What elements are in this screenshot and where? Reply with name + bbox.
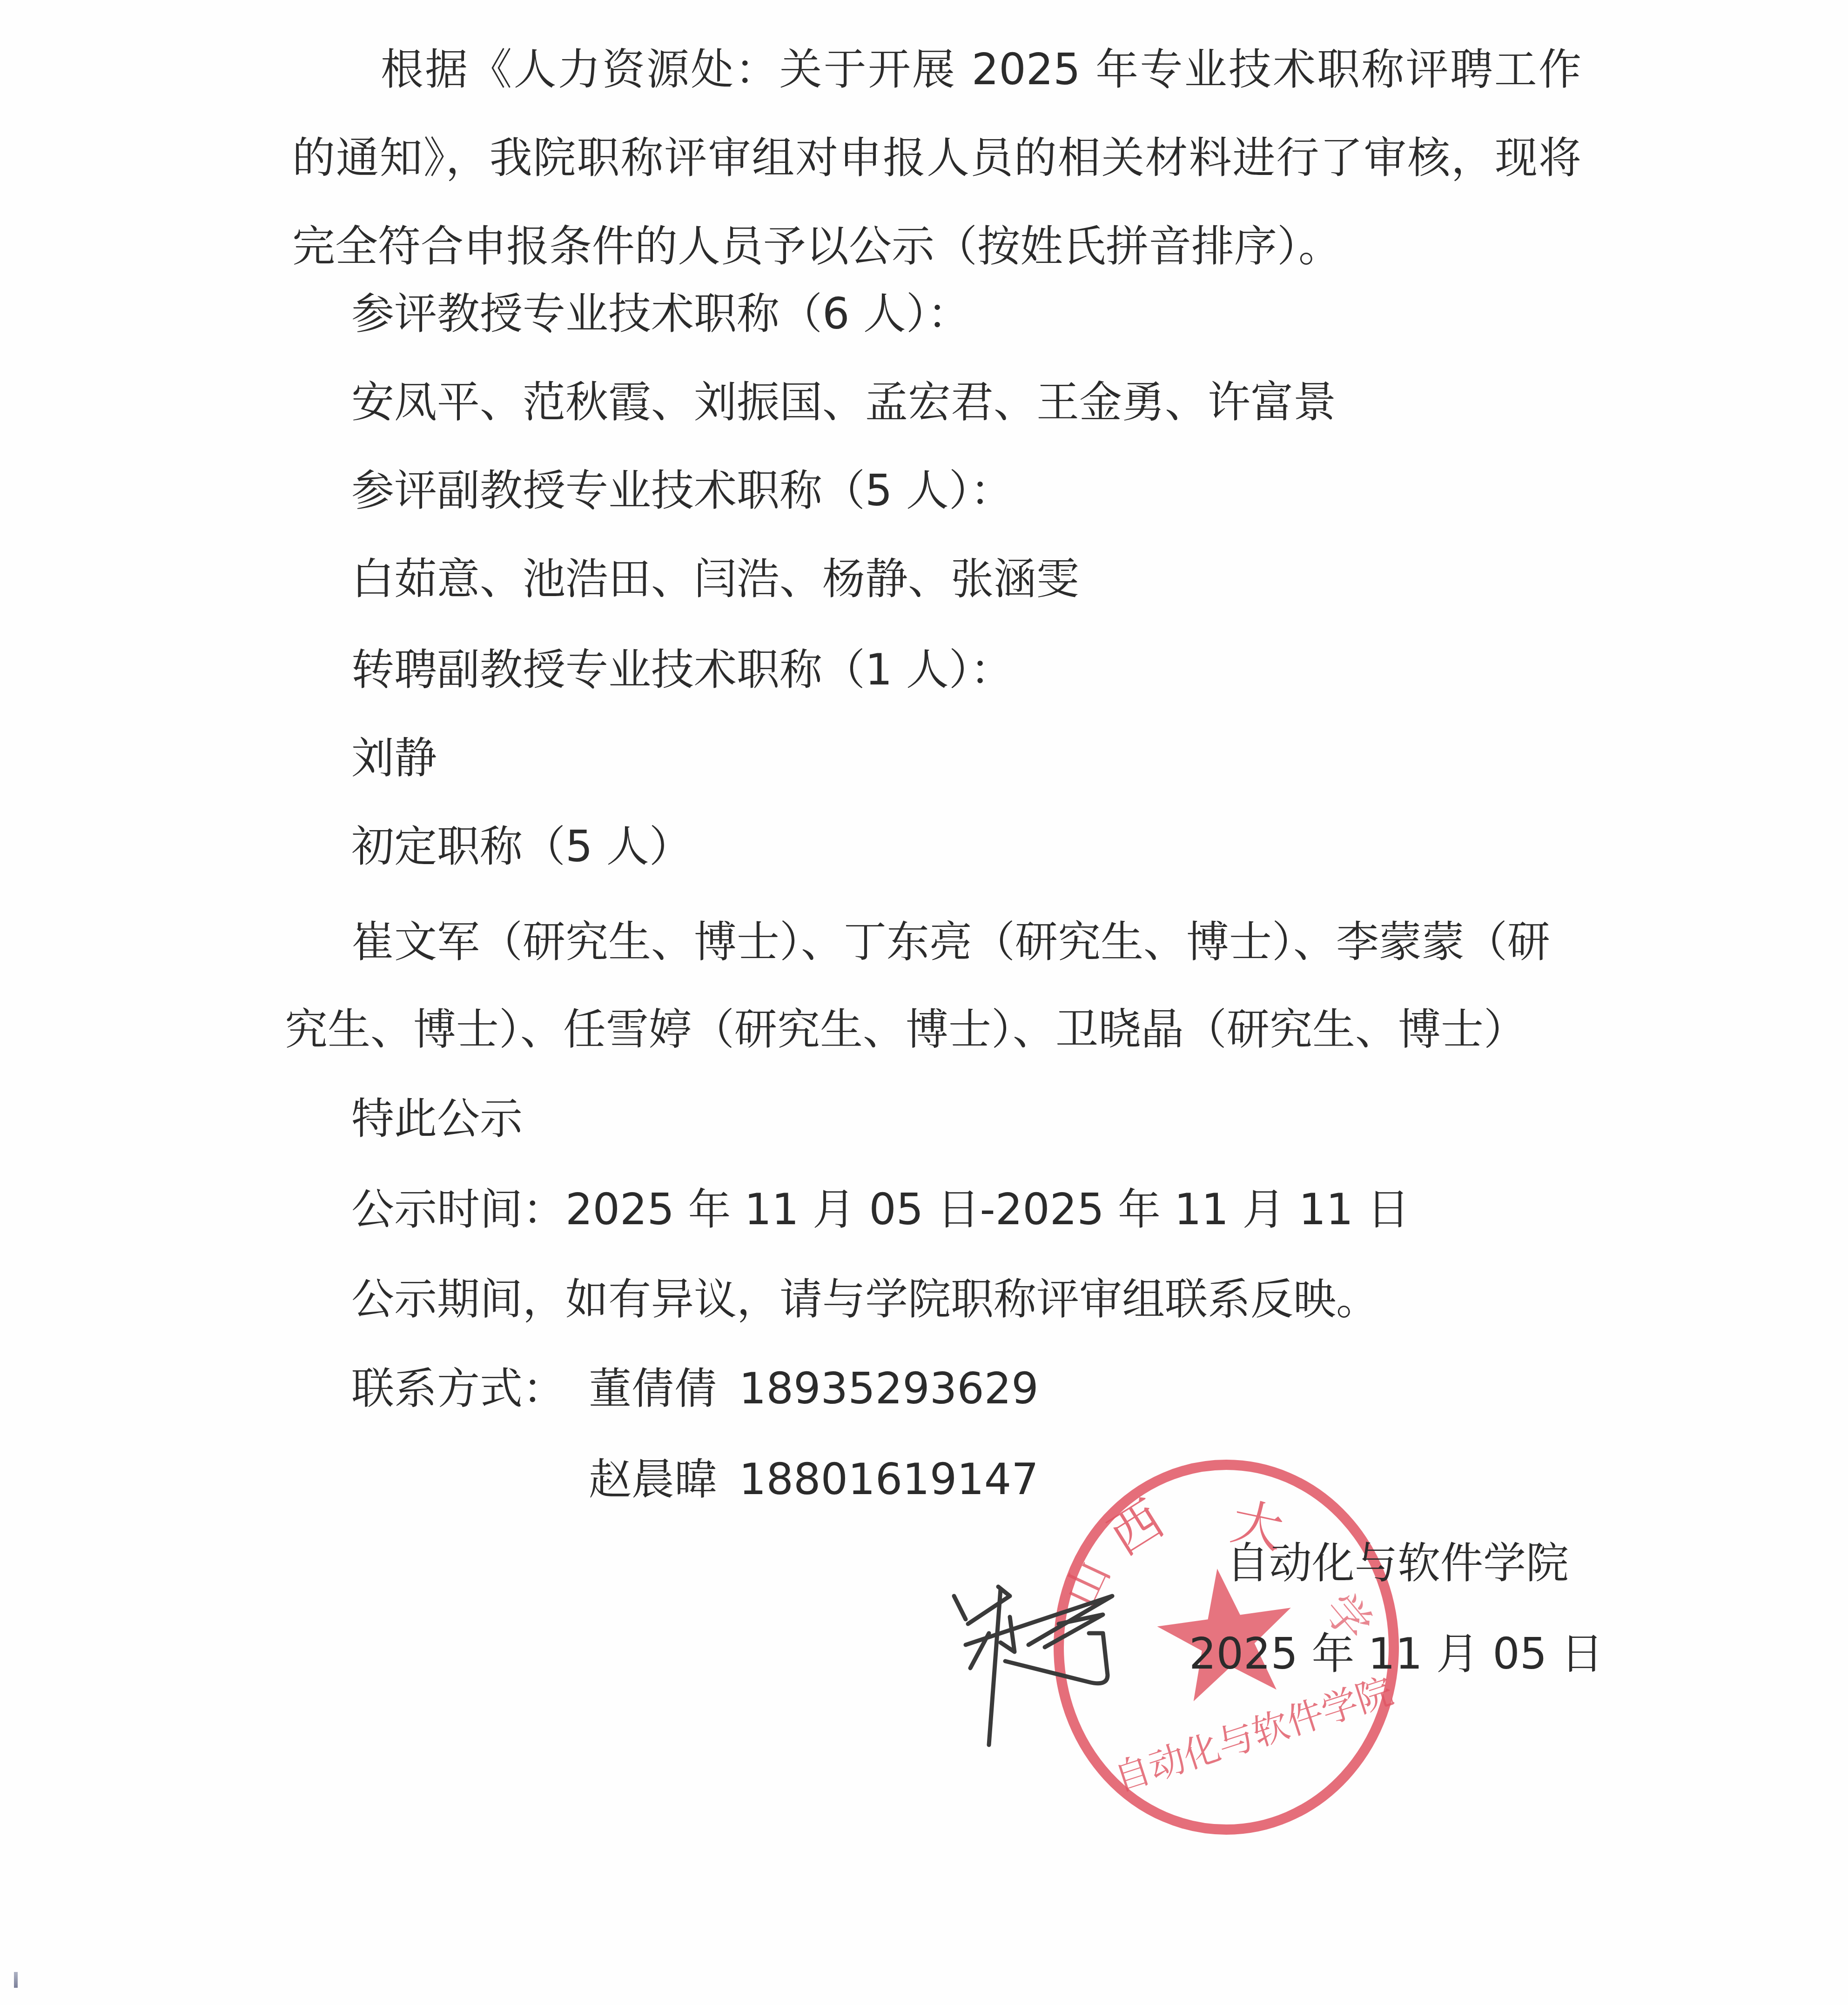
- signoff-date: 2025 年 11 月 05 日: [1189, 1629, 1604, 1680]
- names-professor: 安凤平、范秋霞、刘振国、孟宏君、王金勇、许富景: [351, 377, 1336, 428]
- contact-phone-2: 18801619147: [739, 1454, 1039, 1505]
- closing-text: 特此公示: [351, 1093, 523, 1145]
- contact-name-1: 董倩倩: [589, 1363, 717, 1415]
- names-transfer-associate: 刘静: [351, 733, 437, 784]
- document-page: 根据《人力资源处：关于开展 2025 年专业技术职称评聘工作的通知》，我院职称评…: [0, 0, 1848, 2005]
- names-initial-title-line1: 崔文军（研究生、博士）、丁东亮（研究生、博士）、李蒙蒙（研: [351, 917, 1550, 968]
- handwritten-signature-icon: [940, 1568, 1136, 1764]
- names-initial-title-line2: 究生、博士）、任雪婷（研究生、博士）、卫晓晶（研究生、博士）: [285, 1004, 1526, 1055]
- signoff-organization: 自动化与软件学院: [1226, 1538, 1569, 1589]
- section-heading-associate-professor: 参评副教授专业技术职称（5 人）：: [351, 465, 1013, 516]
- contact-label: 联系方式：: [351, 1363, 565, 1415]
- section-heading-professor: 参评教授专业技术职称（6 人）：: [351, 288, 970, 340]
- objection-note: 公示期间，如有异议，请与学院职称评审组联系反映。: [351, 1274, 1379, 1325]
- seal-char-2: 西: [1099, 1489, 1174, 1567]
- section-heading-transfer-associate: 转聘副教授专业技术职称（1 人）：: [351, 644, 1013, 696]
- intro-paragraph: 根据《人力资源处：关于开展 2025 年专业技术职称评聘工作的通知》，我院职称评…: [292, 26, 1581, 291]
- names-associate-professor: 白茹意、池浩田、闫浩、杨静、张涵雯: [351, 554, 1079, 605]
- seal-bottom-text: 自动化与软件学院: [1109, 1670, 1398, 1800]
- contact-phone-1: 18935293629: [739, 1363, 1039, 1415]
- section-heading-initial-title: 初定职称（5 人）: [351, 821, 692, 872]
- publicity-period: 公示时间：2025 年 11 月 05 日-2025 年 11 月 11 日: [351, 1184, 1410, 1235]
- contact-name-2: 赵晨暐: [589, 1454, 717, 1505]
- scan-artifact: [14, 1972, 18, 1988]
